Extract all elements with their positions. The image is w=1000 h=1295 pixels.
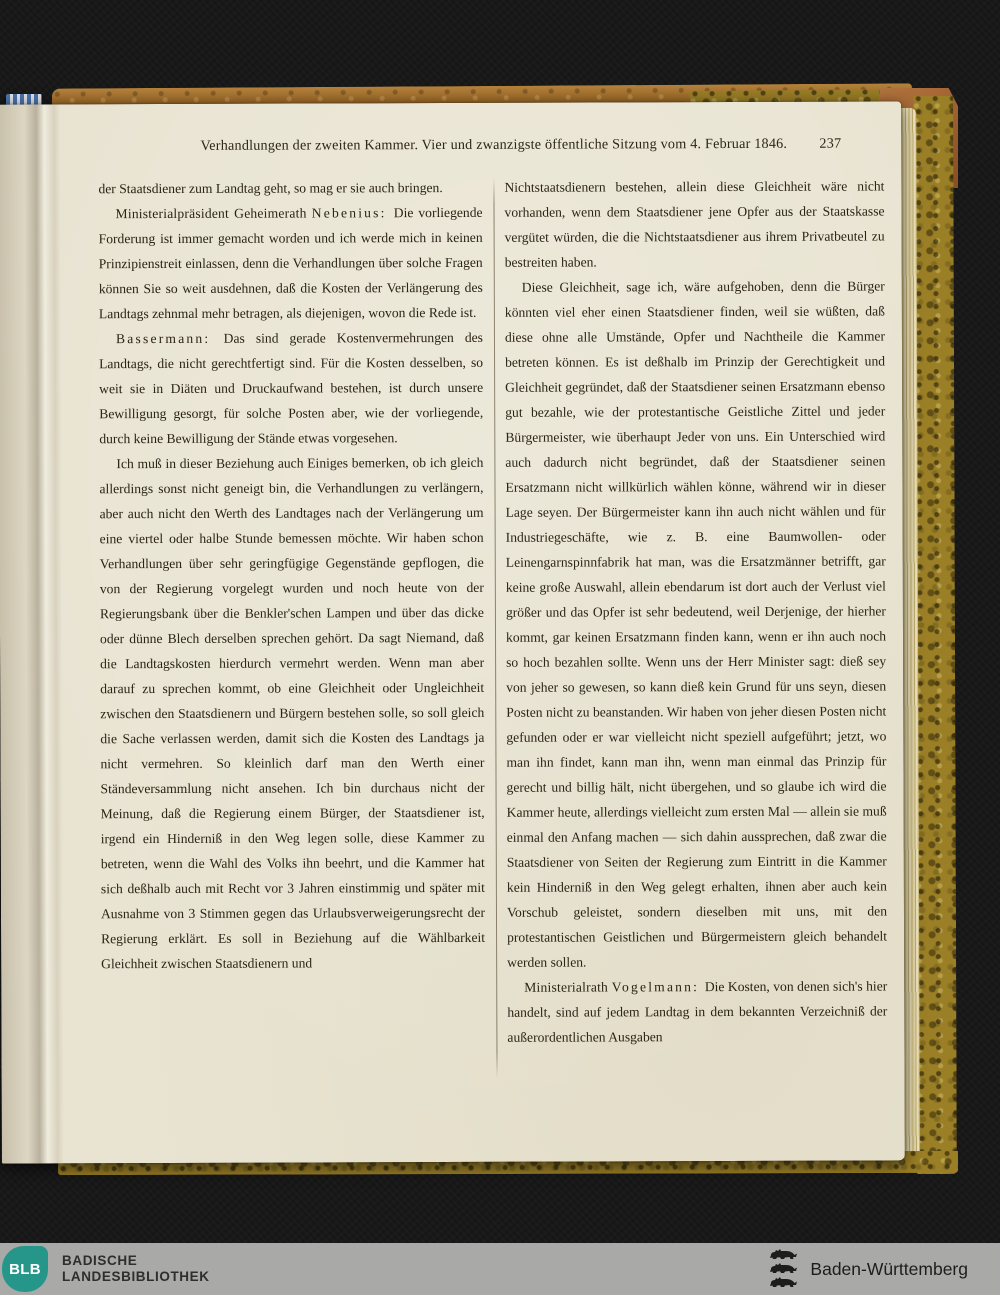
paragraph: Ich muß in dieser Beziehung auch Einiges… — [99, 450, 485, 976]
speaker-name: Bassermann: — [116, 331, 224, 346]
state-name: Baden-Württemberg — [810, 1259, 968, 1280]
two-column-text: der Staatsdiener zum Landtag geht, so ma… — [98, 173, 892, 1080]
paragraph: der Staatsdiener zum Landtag geht, so ma… — [98, 175, 482, 201]
paragraph: Nichtstaatsdienern bestehen, allein dies… — [504, 173, 884, 274]
book-scan-viewer: Verhandlungen der zweiten Kammer. Vier u… — [0, 0, 1000, 1295]
running-header: Verhandlungen der zweiten Kammer. Vier u… — [98, 135, 889, 160]
speaker-title: Ministerialpräsident Geheimerath — [116, 205, 312, 221]
speaker-name: Vogelmann: — [612, 979, 705, 994]
footer-bar: BLB BADISCHE LANDESBIBLIOTHEK Baden-Würt… — [0, 1243, 1000, 1295]
speaker-title: Ministerialrath — [524, 979, 612, 994]
paragraph: Diese Gleichheit, sage ich, wäre aufgeho… — [505, 273, 887, 974]
blb-logo-text: BLB — [9, 1261, 41, 1278]
left-column: der Staatsdiener zum Landtag geht, so ma… — [98, 175, 485, 976]
scanned-page: Verhandlungen der zweiten Kammer. Vier u… — [0, 101, 905, 1163]
paragraph: Bassermann: Das sind gerade Kostenvermeh… — [99, 325, 483, 451]
blb-logo-badge: BLB — [2, 1246, 48, 1292]
page-number: 237 — [819, 136, 841, 153]
paragraph: Ministerialrath Vogelmann: Die Kosten, v… — [507, 973, 887, 1049]
column-divider-rule — [493, 177, 497, 1079]
speaker-name: Nebenius: — [312, 205, 394, 220]
state-branding: Baden-Württemberg — [768, 1247, 968, 1291]
page-content: Verhandlungen der zweiten Kammer. Vier u… — [0, 101, 905, 1080]
baden-wuerttemberg-coat-of-arms-icon — [768, 1247, 800, 1291]
running-header-title: Verhandlungen der zweiten Kammer. Vier u… — [200, 136, 787, 154]
library-name: BADISCHE LANDESBIBLIOTHEK — [62, 1253, 210, 1285]
book-right-marbled-cover-edge — [913, 96, 957, 1174]
paragraph: Ministerialpräsident Geheimerath Nebeniu… — [98, 200, 482, 326]
right-column: Nichtstaatsdienern bestehen, allein dies… — [504, 173, 887, 1049]
library-name-line1: BADISCHE — [62, 1253, 210, 1269]
library-name-line2: LANDESBIBLIOTHEK — [62, 1269, 210, 1285]
